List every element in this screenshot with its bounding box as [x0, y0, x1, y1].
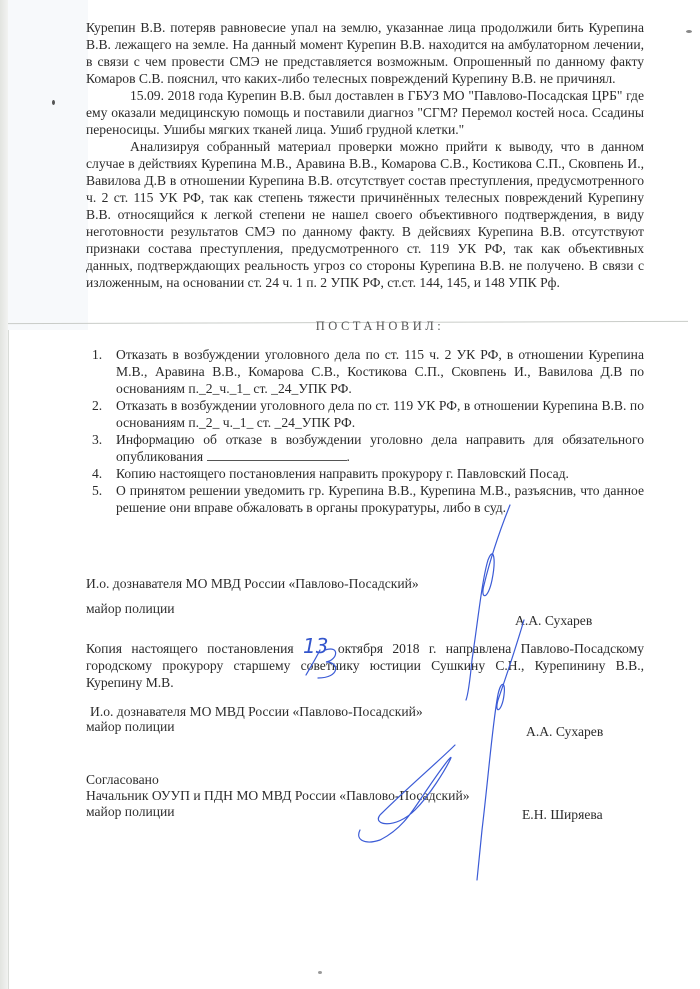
signer-1-name: А.А. Сухарев — [515, 612, 592, 629]
scan-speck — [52, 100, 55, 105]
decision-item: 3. Информацию об отказе в возбуждении уг… — [92, 431, 644, 465]
decision-number: 3. — [92, 431, 102, 448]
signer-1-rank: майор полиции — [86, 600, 175, 617]
approval-label: Согласовано — [86, 771, 159, 788]
approver-position: Начальник ОУУП и ПДН МО МВД России «Павл… — [86, 787, 470, 804]
handwritten-date: 13 — [303, 634, 328, 658]
body-text-top: Курепин В.В. потеряв равновесие упал на … — [86, 19, 644, 291]
decision-text: О принятом решении уведомить гр. Курепин… — [116, 483, 644, 515]
decision-text: Отказать в возбуждении уголовного дела п… — [116, 398, 644, 430]
scan-edge-shadow — [0, 0, 8, 989]
decision-item: 1. Отказать в возбуждении уголовного дел… — [92, 346, 644, 397]
scan-tint — [8, 0, 88, 330]
resolution-heading: ПОСТАНОВИЛ: — [290, 319, 470, 334]
decision-number: 5. — [92, 482, 102, 499]
decision-text: Отказать в возбуждении уголовного дела п… — [116, 347, 644, 396]
approver-name: Е.Н. Ширяева — [522, 806, 603, 823]
copy-notice-text: Копия настоящего постановления — [86, 641, 294, 656]
signer-1-position: И.о. дознавателя МО МВД России «Павлово-… — [86, 575, 419, 592]
decision-number: 4. — [92, 465, 102, 482]
paragraph-analysis: Анализируя собранный материал проверки м… — [86, 138, 644, 291]
decision-suffix: . — [347, 449, 350, 464]
decision-item: 2. Отказать в возбуждении уголовного дел… — [92, 397, 644, 431]
copy-notice: Копия настоящего постановления 13 октябр… — [86, 640, 644, 691]
publication-blank-line — [207, 448, 347, 461]
signer-2-rank: майор полиции — [86, 718, 175, 735]
signer-2-name: А.А. Сухарев — [526, 723, 603, 740]
decision-text: Копию настоящего постановления направить… — [116, 466, 569, 481]
paragraph-hospital: 15.09. 2018 года Курепин В.В. был достав… — [86, 87, 644, 138]
decision-item: 5. О принятом решении уведомить гр. Куре… — [92, 482, 644, 516]
approver-rank: майор полиции — [86, 803, 175, 820]
scan-speck — [686, 30, 692, 33]
scan-speck — [318, 971, 322, 974]
decision-item: 4. Копию настоящего постановления направ… — [92, 465, 644, 482]
decision-text: Информацию об отказе в возбуждении уголо… — [116, 432, 644, 464]
paragraph-incident: Курепин В.В. потеряв равновесие упал на … — [86, 19, 644, 87]
decision-number: 1. — [92, 346, 102, 363]
decision-list: 1. Отказать в возбуждении уголовного дел… — [92, 346, 644, 516]
decision-number: 2. — [92, 397, 102, 414]
